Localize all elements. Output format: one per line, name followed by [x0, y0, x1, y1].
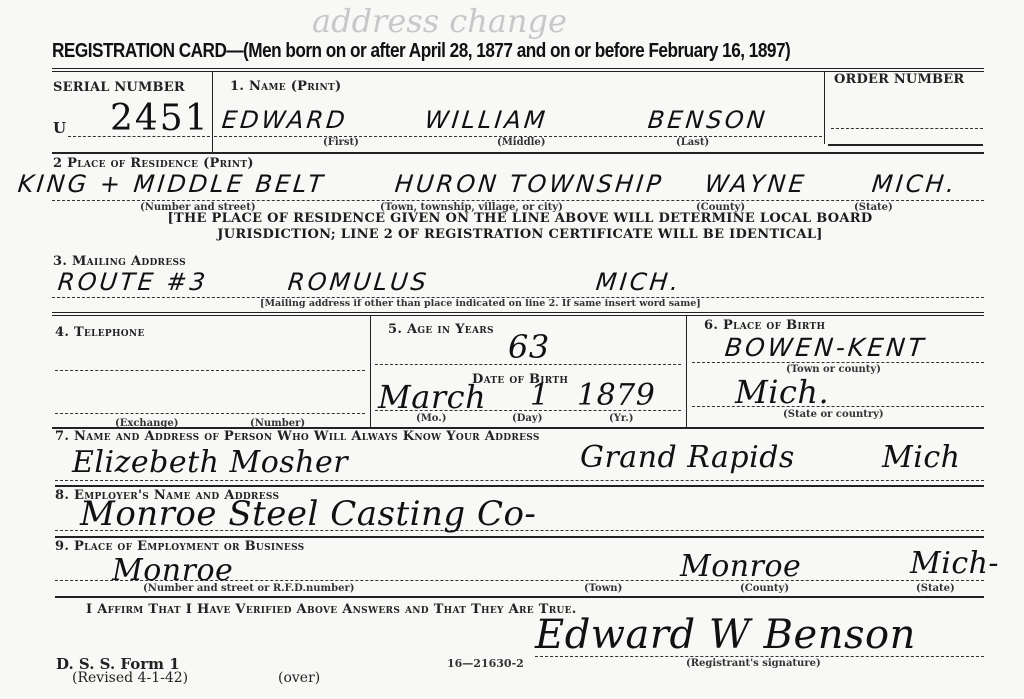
birthplace-label: 6. Place of Birth — [704, 318, 825, 333]
telephone-line-1 — [55, 370, 365, 371]
employment-county-caption: (County) — [740, 583, 789, 594]
contact-label: 7. Name and Address of Person Who Will A… — [55, 429, 540, 444]
mailing-route-value[interactable]: ROUTE #3 — [57, 268, 210, 296]
middle-name-value[interactable]: WILLIAM — [424, 106, 550, 134]
registrant-signature[interactable]: Edward W Benson — [535, 612, 916, 658]
registration-card: address change REGISTRATION CARD—(Men bo… — [0, 0, 1024, 699]
employer-bottom-rule — [55, 536, 984, 538]
birth-month-value[interactable]: March — [378, 378, 486, 416]
employment-place-label: 9. Place of Employment or Business — [55, 539, 304, 554]
jurisdiction-notice: [THE PLACE OF RESIDENCE GIVEN ON THE LIN… — [110, 211, 930, 243]
serial-divider — [212, 72, 213, 152]
card-title: REGISTRATION CARD—(Men born on or after … — [52, 40, 790, 63]
last-name-value[interactable]: BENSON — [647, 106, 770, 134]
print-code: 16—21630-2 — [447, 657, 524, 670]
telephone-line-2 — [55, 413, 365, 414]
employment-state-value[interactable]: Mich- — [910, 546, 999, 581]
year-caption: (Yr.) — [609, 413, 633, 424]
residence-underline — [52, 200, 984, 201]
residence-town-value[interactable]: HURON TOWNSHIP — [394, 170, 666, 198]
last-caption: (Last) — [676, 137, 709, 148]
order-underline — [831, 128, 983, 129]
employment-town-caption: (Town) — [584, 583, 622, 594]
contact-state-value[interactable]: Mich — [882, 440, 960, 475]
rule-after-employment — [55, 596, 984, 598]
order-divider — [824, 72, 825, 144]
mailing-state-value[interactable]: MICH. — [595, 268, 683, 296]
first-caption: (First) — [323, 137, 359, 148]
birth-town-value[interactable]: BOWEN-KENT — [723, 333, 927, 362]
telephone-divider — [370, 316, 371, 429]
form-revised: (Revised 4-1-42) — [72, 670, 188, 686]
over-note: (over) — [278, 670, 320, 686]
birth-state-caption: (State or country) — [783, 409, 884, 420]
order-bottom-rule — [828, 144, 983, 146]
residence-state-value[interactable]: MICH. — [871, 170, 959, 198]
month-caption: (Mo.) — [416, 413, 447, 424]
order-number-label: ORDER NUMBER — [834, 72, 964, 87]
pencil-annotation: address change — [312, 2, 567, 40]
rule-after-name — [52, 152, 984, 154]
employment-county-value[interactable]: Monroe — [680, 549, 801, 584]
contact-bottom-rule — [55, 485, 984, 487]
birth-state-value[interactable]: Mich. — [735, 373, 829, 411]
birth-town-underline — [692, 362, 984, 363]
age-value[interactable]: 63 — [508, 328, 550, 366]
residence-label: 2 Place of Residence (Print) — [53, 156, 254, 171]
mailing-caption: [Mailing address if other than place ind… — [260, 298, 701, 309]
employment-state-caption: (State) — [916, 583, 955, 594]
serial-prefix: U — [53, 119, 66, 137]
mailing-city-value[interactable]: ROMULUS — [287, 268, 431, 296]
birth-year-value[interactable]: 1879 — [577, 378, 655, 413]
residence-street-value[interactable]: KING + MIDDLE BELT — [17, 170, 328, 198]
contact-city-value[interactable]: Grand Rapids — [580, 440, 795, 475]
employer-value[interactable]: Monroe Steel Casting Co- — [80, 494, 536, 534]
notice-line-1: [THE PLACE OF RESIDENCE GIVEN ON THE LIN… — [110, 211, 930, 227]
first-name-value[interactable]: EDWARD — [221, 106, 350, 134]
contact-name-value[interactable]: Elizebeth Mosher — [72, 445, 348, 480]
signature-caption: (Registrant's signature) — [686, 658, 821, 669]
birth-day-value[interactable]: 1 — [530, 378, 550, 413]
residence-county-value[interactable]: WAYNE — [704, 170, 809, 198]
day-caption: (Day) — [512, 413, 542, 424]
affirmation-text: I Affirm That I Have Verified Above Answ… — [86, 602, 577, 617]
serial-number-value[interactable]: 2451 — [110, 98, 210, 139]
dob-label: Date of Birth — [472, 372, 568, 387]
name-label: 1. Name (Print) — [230, 79, 342, 94]
rule-after-mailing — [52, 312, 984, 316]
serial-number-label: SERIAL NUMBER — [53, 80, 185, 95]
mailing-address-label: 3. Mailing Address — [53, 254, 186, 269]
telephone-label: 4. Telephone — [55, 325, 145, 340]
notice-line-2: JURISDICTION; LINE 2 OF REGISTRATION CER… — [110, 227, 930, 243]
employment-street-caption: (Number and street or R.F.D.number) — [143, 583, 354, 594]
middle-caption: (Middle) — [497, 137, 545, 148]
contact-underline — [55, 480, 984, 481]
age-divider — [686, 316, 687, 429]
age-label: 5. Age in Years — [388, 322, 494, 337]
